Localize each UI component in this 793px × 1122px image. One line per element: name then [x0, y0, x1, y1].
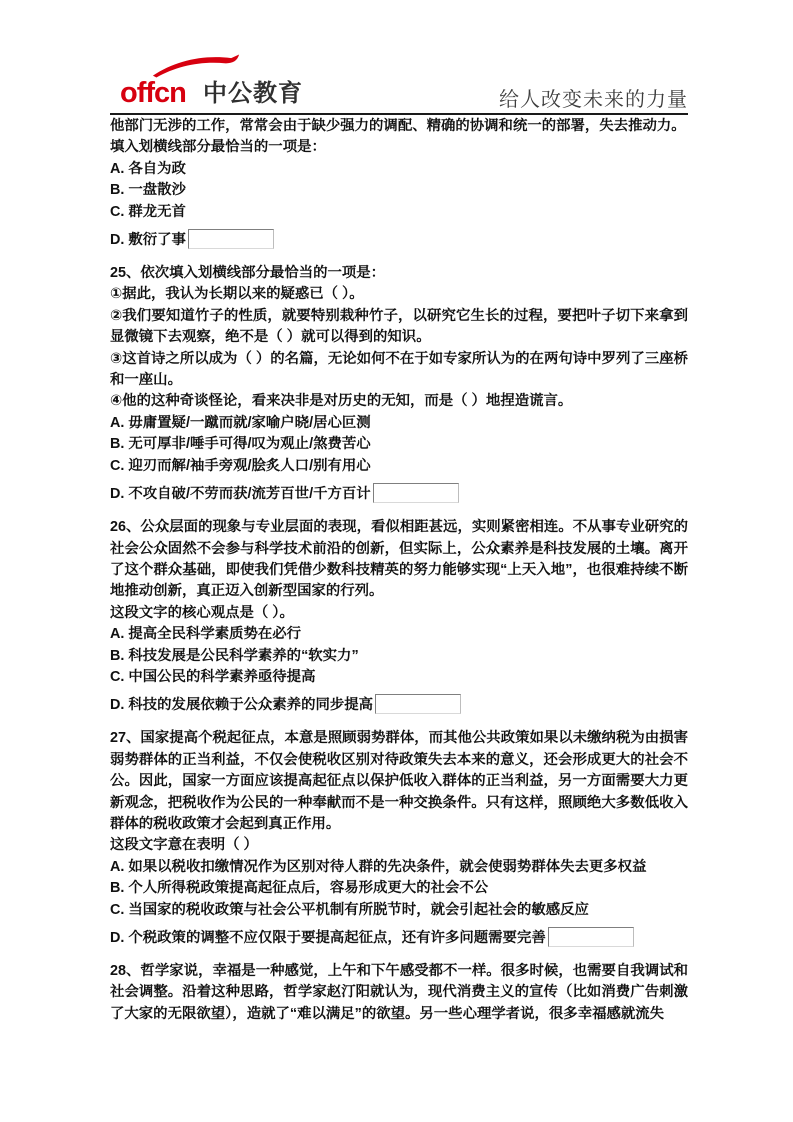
exam-content: 他部门无涉的工作，常常会由于缺少强力的调配、精确的协调和统一的部署，失去推动力。… — [110, 116, 688, 1025]
answer-input[interactable] — [375, 694, 461, 714]
question-stem: 28、哲学家说，幸福是一种感觉，上午和下午感受都不一样。很多时候，也需要自我调试… — [110, 961, 688, 1025]
option-c: C. 迎刃而解/袖手旁观/脍炙人口/别有用心 — [110, 456, 688, 477]
option-d-row: D. 不攻自破/不劳而获/流芳百世/千方百计 — [110, 480, 688, 505]
answer-input[interactable] — [373, 483, 459, 503]
option-d-label: D. 不攻自破/不劳而获/流芳百世/千方百计 — [110, 482, 371, 503]
question-prompt: 这段文字意在表明（ ） — [110, 835, 688, 856]
brand-tagline: 给人改变未来的力量 — [499, 90, 688, 110]
clause-1: ①据此，我认为长期以来的疑惑已（ ）。 — [110, 284, 688, 305]
offcn-logo: offcn — [120, 79, 186, 108]
question-block-28: 28、哲学家说，幸福是一种感觉，上午和下午感受都不一样。很多时候，也需要自我调试… — [110, 961, 688, 1025]
page-header: offcn 中公教育 给人改变未来的力量 — [110, 55, 688, 115]
question-stem: 27、国家提高个税起征点，本意是照顾弱势群体，而其他公共政策如果以未缴纳税为由损… — [110, 728, 688, 835]
clause-3: ③这首诗之所以成为（ ）的名篇，无论如何不在于如专家所认为的在两句诗中罗列了三座… — [110, 349, 688, 392]
question-block-26: 26、公众层面的现象与专业层面的表现，看似相距甚远，实则紧密相连。不从事专业研究… — [110, 517, 688, 716]
option-d-label: D. 敷衍了事 — [110, 228, 186, 249]
option-c: C. 当国家的税收政策与社会公平机制有所脱节时，就会引起社会的敏感反应 — [110, 900, 688, 921]
option-a: A. 各自为政 — [110, 159, 688, 180]
question-prompt: 这段文字的核心观点是（ ）。 — [110, 603, 688, 624]
option-a: A. 毋庸置疑/一蹴而就/家喻户晓/居心叵测 — [110, 413, 688, 434]
question-prompt: 填入划横线部分最恰当的一项是： — [110, 137, 688, 158]
option-d-row: D. 敷衍了事 — [110, 226, 688, 251]
option-b: B. 无可厚非/唾手可得/叹为观止/煞费苦心 — [110, 434, 688, 455]
logo-swoosh-icon — [152, 53, 240, 79]
answer-input[interactable] — [188, 229, 274, 249]
document-page: offcn 中公教育 给人改变未来的力量 他部门无涉的工作，常常会由于缺少强力的… — [0, 0, 793, 1122]
answer-input[interactable] — [548, 927, 634, 947]
option-b: B. 科技发展是公民科学素养的“软实力” — [110, 646, 688, 667]
option-b: B. 个人所得税政策提高起征点后，容易形成更大的社会不公 — [110, 878, 688, 899]
question-block-27: 27、国家提高个税起征点，本意是照顾弱势群体，而其他公共政策如果以未缴纳税为由损… — [110, 728, 688, 949]
option-c: C. 中国公民的科学素养亟待提高 — [110, 667, 688, 688]
clause-2: ②我们要知道竹子的性质，就要特别栽种竹子，以研究它生长的过程，要把叶子切下来拿到… — [110, 306, 688, 349]
question-block-24: 他部门无涉的工作，常常会由于缺少强力的调配、精确的协调和统一的部署，失去推动力。… — [110, 116, 688, 251]
option-d-label: D. 科技的发展依赖于公众素养的同步提高 — [110, 693, 373, 714]
question-title: 25、依次填入划横线部分最恰当的一项是： — [110, 263, 688, 284]
brand-name-cn: 中公教育 — [203, 82, 303, 106]
question-block-25: 25、依次填入划横线部分最恰当的一项是： ①据此，我认为长期以来的疑惑已（ ）。… — [110, 263, 688, 505]
option-a: A. 如果以税收扣缴情况作为区别对待人群的先决条件，就会使弱势群体失去更多权益 — [110, 857, 688, 878]
option-b: B. 一盘散沙 — [110, 180, 688, 201]
option-a: A. 提高全民科学素质势在必行 — [110, 624, 688, 645]
option-d-row: D. 个税政策的调整不应仅限于要提高起征点，还有许多问题需要完善 — [110, 924, 688, 949]
option-c: C. 群龙无首 — [110, 202, 688, 223]
clause-4: ④他的这种奇谈怪论，看来决非是对历史的无知，而是（ ）地捏造谎言。 — [110, 391, 688, 412]
option-d-label: D. 个税政策的调整不应仅限于要提高起征点，还有许多问题需要完善 — [110, 926, 546, 947]
question-stem: 26、公众层面的现象与专业层面的表现，看似相距甚远，实则紧密相连。不从事专业研究… — [110, 517, 688, 603]
option-d-row: D. 科技的发展依赖于公众素养的同步提高 — [110, 691, 688, 716]
question-stem: 他部门无涉的工作，常常会由于缺少强力的调配、精确的协调和统一的部署，失去推动力。 — [110, 116, 688, 137]
